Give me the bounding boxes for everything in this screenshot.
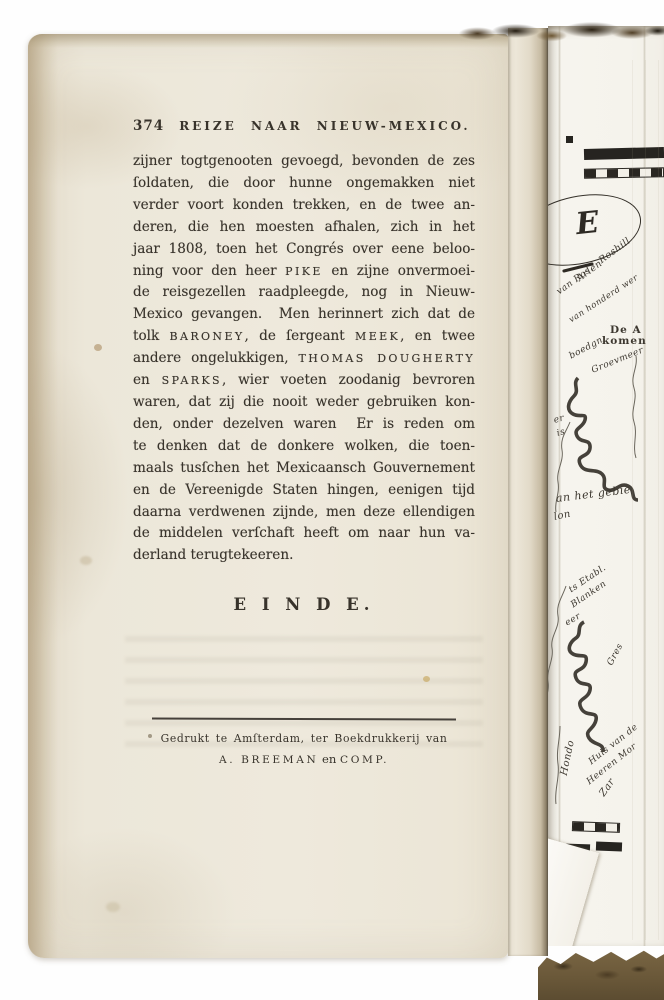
book-board-edge — [538, 944, 664, 1000]
foxing-stain — [80, 556, 92, 565]
body-line: waren, dat zij die nooit weder gebruiken… — [133, 392, 475, 414]
body-line: maals tusſchen het Mexicaansch Gouvernem… — [133, 458, 475, 480]
text-segment: waren, dat zij die nooit weder gebruiken… — [133, 394, 475, 410]
text-segment: de middelen verſchaft heeft om naar hun … — [133, 525, 475, 541]
text-segment: andere ongelukkigen, — [133, 350, 299, 366]
body-line: tolk BARONEY, de ſergeant MEEK, en twee — [133, 326, 475, 348]
text-segment: ſoldaten, die door hunne ongemakken niet — [133, 175, 475, 191]
map-scale-bar-fragment — [572, 821, 620, 833]
body-line: en SPARKS, wier voeten zoodanig bevroren — [133, 370, 475, 392]
page-header: 374 REIZE NAAR NIEUW-MEXICO. — [133, 118, 475, 140]
person-name: THOMAS DOUGHERTY — [299, 352, 475, 365]
colophon-printer: A. BREEMAN en COMP. — [133, 752, 475, 766]
book-photo: 374 REIZE NAAR NIEUW-MEXICO. zijner togt… — [0, 0, 664, 1000]
text-segment: Mexico gevangen. Men herinnert zich dat … — [133, 306, 475, 322]
body-line: deren, die hen moesten afhalen, zich in … — [133, 217, 475, 239]
finis-label: E I N D E. — [133, 595, 475, 614]
page-content: 374 REIZE NAAR NIEUW-MEXICO. zijner togt… — [133, 118, 475, 766]
body-line: de reisgezellen raadpleegde, nog in Nieu… — [133, 282, 475, 304]
person-name: SPARKS — [162, 374, 222, 387]
text-segment: en — [318, 752, 340, 766]
body-line: zijner togtgenooten gevoegd, bevonden de… — [133, 151, 475, 173]
text-segment: te denken dat de donkere wolken, die toe… — [133, 438, 475, 454]
text-segment: maals tusſchen het Mexicaansch Gouvernem… — [133, 460, 475, 476]
body-line: ning voor den heer PIKE en zijne onvermo… — [133, 261, 475, 283]
body-line: en de Vereenigde Staten hingen, eenigen … — [133, 480, 475, 502]
text-segment: en — [133, 372, 162, 388]
body-line: derland terugtekeeren. — [133, 545, 475, 567]
text-segment: tolk — [133, 328, 170, 344]
person-name: PIKE — [285, 265, 323, 278]
text-segment: derland terugtekeeren. — [133, 547, 293, 563]
body-line: verder voort konden trekken, en de twee … — [133, 195, 475, 217]
body-line: Mexico gevangen. Men herinnert zich dat … — [133, 304, 475, 326]
text-segment: en zijne onvermoei- — [323, 263, 475, 279]
person-name: MEEK — [355, 330, 400, 343]
body-line: ſoldaten, die door hunne ongemakken niet — [133, 173, 475, 195]
body-text: zijner togtgenooten gevoegd, bevonden de… — [133, 151, 475, 567]
text-segment: , wier voeten zoodanig bevroren — [222, 372, 475, 388]
text-segment: den, onder dezelven waren Er is reden om — [133, 416, 475, 432]
running-title: REIZE NAAR NIEUW-MEXICO. — [179, 119, 470, 133]
text-segment: , de ſergeant — [245, 328, 355, 344]
foxing-stain — [94, 344, 102, 351]
person-name: BARONEY — [170, 330, 245, 343]
book-page: 374 REIZE NAAR NIEUW-MEXICO. zijner togt… — [28, 34, 509, 958]
text-segment: ning voor den heer — [133, 263, 285, 279]
text-segment: jaar 1808, toen het Congrés over eene be… — [133, 241, 475, 257]
text-segment: daarna verdwenen zijnde, men deze ellend… — [133, 504, 475, 520]
foxing-stain — [106, 902, 120, 912]
text-segment: verder voort konden trekken, en de twee … — [133, 197, 475, 213]
person-name: A. BREEMAN — [219, 754, 318, 766]
body-line: daarna verdwenen zijnde, men deze ellend… — [133, 502, 475, 524]
page-number: 374 — [133, 118, 164, 134]
text-segment: zijner togtgenooten gevoegd, bevonden de… — [133, 153, 475, 169]
page-gutter-edge — [508, 28, 548, 956]
map-border-bar-fragment — [596, 842, 622, 852]
text-segment: , en twee — [400, 328, 475, 344]
text-segment: deren, die hen moesten afhalen, zich in … — [133, 219, 475, 235]
text-segment: de reisgezellen raadpleegde, nog in Nieu… — [133, 284, 475, 300]
body-line: de middelen verſchaft heeft om naar hun … — [133, 523, 475, 545]
person-name: COMP. — [340, 754, 389, 766]
body-line: te denken dat de donkere wolken, die toe… — [133, 436, 475, 458]
text-segment: en de Vereenigde Staten hingen, eenigen … — [133, 482, 475, 498]
folded-map: E van RosArlenRoshillvan honderd werDe A… — [548, 26, 664, 946]
body-line: andere ongelukkigen, THOMAS DOUGHERTY — [133, 348, 475, 370]
body-line: den, onder dezelven waren Er is reden om — [133, 414, 475, 436]
body-line: jaar 1808, toen het Congrés over eene be… — [133, 239, 475, 261]
show-through-ghost-text — [125, 630, 483, 748]
